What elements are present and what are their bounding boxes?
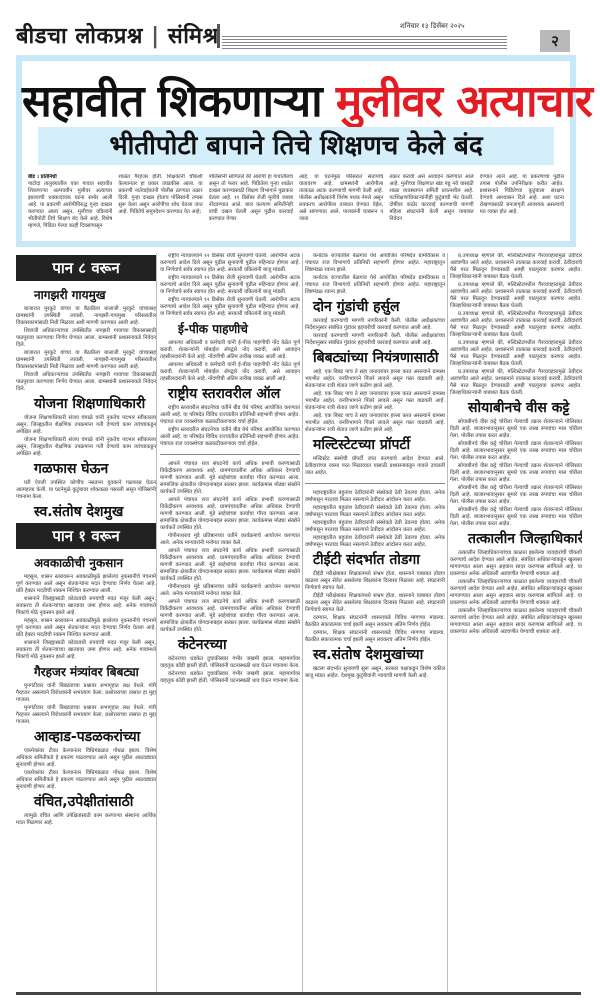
masthead-separator <box>217 24 220 48</box>
title-divider: | <box>151 24 160 49</box>
article-divider <box>160 454 300 455</box>
page-number: २ <box>540 30 570 52</box>
article-paragraph: राष्ट्रीय स्तरावरील संघटनेच्या वतीने बीड… <box>160 405 300 426</box>
article-paragraph: आपले पंचायत राज संघटनेचे कार्य अधिक प्रभ… <box>160 497 300 532</box>
section-heading: ई-पीक पाहणीचे <box>160 321 300 337</box>
article-paragraph: कारवाई करण्याची मागणी नागरिकांनी केली. प… <box>305 318 445 332</box>
article-paragraph: प्र.उपाध्यक्ष म्हणाले की, मल्टिस्टेटमधील… <box>450 282 582 310</box>
article-paragraph: कंटेनरच्या धडकेत दुचाकीस्वार गंभीर जखमी … <box>160 656 300 670</box>
article-paragraph: दरम्यान, शिक्षक संघटनांनी शासनाकडे विविध… <box>305 615 445 629</box>
section-heading: बिबट्यांच्या नियंत्रणासाठी <box>305 350 445 366</box>
continued-from-page-8-banner: पान ८ वरून <box>16 255 156 281</box>
lead-story-columns: बीड । प्रतिनिधी पाटोदा तालुक्यातील एका ग… <box>28 174 564 240</box>
lead-column-text: पाटोदा तालुक्यातील एका गावात सहावीत शिकण… <box>28 181 112 229</box>
lead-story-box: सहावीत शिकणाऱ्या मुलीवर अत्याचार भीतीपोट… <box>16 55 576 247</box>
article-paragraph: दरम्यान, शिक्षक संघटनांनी शासनाकडे विविध… <box>305 630 445 644</box>
article-paragraph: राष्ट्रीय न्यायालयाने १२ डिसेंबर रोजी सु… <box>160 253 300 274</box>
section-heading: तत्कालीन जिल्हाधिकारी <box>450 531 582 547</box>
article-paragraph: सोयाबीनचे वीस कट्टे चोरीला गेल्याची तक्र… <box>450 485 582 506</box>
section-heading: योजना शिक्षणाधिकारी <box>16 396 156 412</box>
article-paragraph: प्र.उपाध्यक्ष म्हणाले की, मल्टिस्टेटमधील… <box>450 311 582 339</box>
section-name: संमिश्र <box>168 24 219 49</box>
section-heading: नागझरी गायमुख <box>16 287 156 303</box>
lead-column: पोलिसांनी सांगितले की आरोपी हा गावातीलच … <box>209 174 293 240</box>
section-heading: अवकाळीची नुकसान <box>16 555 156 571</box>
section-heading: गळफास घेऊन <box>16 461 156 477</box>
article-paragraph: प्र.उपाध्यक्ष म्हणाले की, मल्टिस्टेटमधील… <box>450 253 582 281</box>
masthead: बीडचा लोकप्रश्न | संमिश्र शनिवार १३ डिसे… <box>0 0 600 55</box>
article-paragraph: शासनाने जिल्ह्यासाठी कोट्यवधी रुपयांची म… <box>16 640 156 661</box>
column-3: कर्नाटक राज्यातील बेळगाव येथे आयोजित परि… <box>305 253 445 993</box>
lead-column: बीड । प्रतिनिधी पाटोदा तालुक्यातील एका ग… <box>28 174 112 240</box>
article-paragraph: गोपीनाथराव मुंडे प्रतिष्ठानच्या वतीने का… <box>160 533 300 547</box>
newspaper-title: बीडचा लोकप्रश्न | संमिश्र <box>16 20 219 50</box>
section-heading: स्व.संतोष देशमुखांच्या <box>305 647 445 663</box>
section-heading: राष्ट्रीय स्तरावरील ऑल <box>160 386 300 402</box>
article-paragraph: शिवाजी अधिकाऱ्यांच्या उपस्थितीत नागझरी ग… <box>16 372 156 393</box>
article-paragraph: महसूल, शासन स्तरावरून अवकाळीमुळे झालेल्य… <box>16 574 156 595</box>
article-paragraph: राष्ट्रीय न्यायालयाने १२ डिसेंबर रोजी सु… <box>160 275 300 296</box>
article-paragraph: तत्कालीन जिल्हाधिकाऱ्यांच्या काळात झालेल… <box>450 550 582 578</box>
lead-column-text: देण्यात आले आहे. या प्रकरणाचा पुढील तपास… <box>480 174 564 215</box>
article-paragraph: घरी ऐवजी उपस्थित कोणीच नसताना युवकाने गळ… <box>16 480 156 501</box>
article-paragraph: आपले पंचायत राज संघटनेचे कार्य अधिक प्रभ… <box>160 461 300 496</box>
column-1: पान ८ वरून नागझरी गायमुख बाजारात मुरकुटे… <box>16 253 156 993</box>
section-heading: वंचित,उपेक्षीतांसाठी <box>16 794 156 810</box>
column-divider <box>447 253 448 993</box>
article-paragraph: आहे. एक बिबट पाच ते सहा जनावरांवर हल्ला … <box>305 413 445 434</box>
headline-black-part: सहावीत शिकणाऱ्या <box>22 76 322 127</box>
section-heading: गैरहजर मंत्र्यांवर बिबट्या <box>16 664 156 680</box>
article-paragraph: राष्ट्रीय स्तरावरील संघटनेच्या वतीने बीड… <box>160 427 300 448</box>
section-heading: दोन गुंडांची हर्सुल <box>305 299 445 315</box>
column-divider <box>302 253 303 993</box>
article-divider <box>305 483 445 484</box>
masthead-rule-lines <box>222 36 507 50</box>
article-paragraph: महाराष्ट्रातील बहुतांश ठेवीदारांनी संस्थ… <box>305 535 445 549</box>
article-paragraph: आपल्या अधिकारी व कर्मचारी यांनी ई-पीक पा… <box>160 340 300 361</box>
article-paragraph: कर्नाटक राज्यातील बेळगाव येथे आयोजित परि… <box>305 253 445 274</box>
headline-red-part: मुलीवर अत्याचार <box>336 76 592 127</box>
article-paragraph: एकमेकांवर टीका केल्यानंतर विधिमंडळात गों… <box>16 748 156 769</box>
lead-column-text: पोलिसांनी सांगितले की आरोपी हा गावातीलच … <box>209 174 293 222</box>
lead-column-text: शाळेत गैरहजर होती. शिक्षकांनी चौकशी केल्… <box>118 174 202 215</box>
lead-column: आहे. या घटनेमुळे परिसरात संतापाचे वातावर… <box>299 174 383 240</box>
column-4: प्र.उपाध्यक्ष म्हणाले की, मल्टिस्टेटमधील… <box>450 253 582 993</box>
dateline: बीड । प्रतिनिधी <box>28 174 112 181</box>
article-paragraph: मुनगंटीवार यांनी बिबट्याच्या प्रश्नावर स… <box>16 683 156 704</box>
article-paragraph: योजना शिक्षणाधिकारी संजय चंपाळे यांनी नु… <box>16 415 156 436</box>
article-paragraph: सोयाबीनचे वीस कट्टे चोरीला गेल्याची तक्र… <box>450 463 582 484</box>
continued-from-page-1-banner: पान १ वरून <box>16 523 156 549</box>
article-paragraph: खटला संदर्भात सुनावणी सुरू असून, सरकार प… <box>305 666 445 680</box>
article-paragraph: सोयाबीनचे वीस कट्टे चोरीला गेल्याची तक्र… <box>450 507 582 528</box>
article-paragraph: योजना शिक्षणाधिकारी संजय चंपाळे यांनी नु… <box>16 437 156 458</box>
lead-column: तक्रार करावी असे आवाहन करण्यात आले आहे. … <box>389 174 473 240</box>
article-paragraph: बाजारात मुरकुटे यांच्या या बैठकीला बालाज… <box>16 306 156 327</box>
article-paragraph: आहे. एक बिबट पाच ते सहा जनावरांवर हल्ला … <box>305 391 445 412</box>
lead-column-text: तक्रार करावी असे आवाहन करण्यात आले आहे. … <box>389 174 473 222</box>
article-paragraph: बाजारात मुरकुटे यांच्या या बैठकीला बालाज… <box>16 350 156 371</box>
article-paragraph: आहे. एक बिबट पाच ते सहा जनावरांवर हल्ला … <box>305 369 445 390</box>
lead-subheadline: भीतीपोटी बापाने तिचे शिक्षणच केले बंद <box>38 127 554 165</box>
article-paragraph: त्यामुळे वंचित आणि उपेक्षितांसाठी काम कर… <box>16 813 156 827</box>
article-paragraph: शासनाने जिल्ह्यासाठी कोट्यवधी रुपयांची म… <box>16 596 156 617</box>
article-paragraph: सोयाबीनचे वीस कट्टे चोरीला गेल्याची तक्र… <box>450 419 582 440</box>
page-bottom-rule <box>16 992 581 995</box>
article-paragraph: मल्टिस्टेट संस्थेची प्रॉपर्टी जप्त करण्य… <box>305 456 445 477</box>
article-paragraph: मुनगंटीवार यांनी बिबट्याच्या प्रश्नावर स… <box>16 705 156 726</box>
article-paragraph: तत्कालीन जिल्हाधिकाऱ्यांच्या काळात झालेल… <box>450 579 582 607</box>
lead-headline: सहावीत शिकणाऱ्या मुलीवर अत्याचार <box>22 75 570 129</box>
article-paragraph: टीईटी परीक्षेबाबत शिक्षकांमध्ये संभ्रम ह… <box>305 571 445 592</box>
section-heading: कंटेनरच्या <box>160 637 300 653</box>
section-heading: स्व.संतोष देशमुख <box>16 504 156 520</box>
article-paragraph: कंटेनरच्या धडकेत दुचाकीस्वार गंभीर जखमी … <box>160 671 300 685</box>
section-heading: टीईटी संदर्भात तोडगा <box>305 552 445 568</box>
lead-story-inner: सहावीत शिकणाऱ्या मुलीवर अत्याचार भीतीपोट… <box>22 61 570 241</box>
article-paragraph: आपले पंचायत राज संघटनेचे कार्य अधिक प्रभ… <box>160 599 300 634</box>
article-paragraph: महाराष्ट्रातील बहुतांश ठेवीदारांनी संस्थ… <box>305 490 445 504</box>
article-paragraph: एकमेकांवर टीका केल्यानंतर विधिमंडळात गों… <box>16 770 156 791</box>
article-paragraph: महसूल, शासन स्तरावरून अवकाळीमुळे झालेल्य… <box>16 618 156 639</box>
column-divider <box>156 253 157 993</box>
article-paragraph: गोपीनाथराव मुंडे प्रतिष्ठानच्या वतीने का… <box>160 584 300 598</box>
article-paragraph: प्र.उपाध्यक्ष म्हणाले की, मल्टिस्टेटमधील… <box>450 340 582 368</box>
article-paragraph: शिवाजी अधिकाऱ्यांच्या उपस्थितीत नागझरी ग… <box>16 328 156 349</box>
lead-column: शाळेत गैरहजर होती. शिक्षकांनी चौकशी केल्… <box>118 174 202 240</box>
section-heading: आव्हाड-पडळकरांच्या <box>16 729 156 745</box>
lead-column-text: आहे. या घटनेमुळे परिसरात संतापाचे वातावर… <box>299 174 383 222</box>
lead-column: देण्यात आले आहे. या प्रकरणाचा पुढील तपास… <box>480 174 564 240</box>
issue-date: शनिवार १३ डिसेंबर २०२५ <box>400 22 465 31</box>
article-paragraph: राष्ट्रीय न्यायालयाने १२ डिसेंबर रोजी सु… <box>160 297 300 318</box>
article-paragraph: महाराष्ट्रातील बहुतांश ठेवीदारांनी संस्थ… <box>305 505 445 519</box>
paper-name: बीडचा लोकप्रश्न <box>16 24 143 49</box>
article-paragraph: प्र.उपाध्यक्ष म्हणाले की, मल्टिस्टेटमधील… <box>450 369 582 397</box>
article-paragraph: कारवाई करण्याची मागणी नागरिकांनी केली. प… <box>305 333 445 347</box>
column-2: राष्ट्रीय न्यायालयाने १२ डिसेंबर रोजी सु… <box>160 253 300 993</box>
article-paragraph: तत्कालीन जिल्हाधिकाऱ्यांच्या काळात झालेल… <box>450 608 582 636</box>
article-paragraph: टीईटी परीक्षेबाबत शिक्षकांमध्ये संभ्रम ह… <box>305 593 445 614</box>
article-paragraph: कर्नाटक राज्यातील बेळगाव येथे आयोजित परि… <box>305 275 445 296</box>
section-heading: मल्टिस्टेटच्या प्रॉपर्टी <box>305 437 445 453</box>
article-paragraph: आपल्या अधिकारी व कर्मचारी यांनी ई-पीक पा… <box>160 362 300 383</box>
article-paragraph: आपले पंचायत राज संघटनेचे कार्य अधिक प्रभ… <box>160 548 300 583</box>
section-heading: सोयाबीनचे वीस कट्टे <box>450 400 582 416</box>
article-paragraph: महाराष्ट्रातील बहुतांश ठेवीदारांनी संस्थ… <box>305 520 445 534</box>
article-paragraph: सोयाबीनचे वीस कट्टे चोरीला गेल्याची तक्र… <box>450 441 582 462</box>
